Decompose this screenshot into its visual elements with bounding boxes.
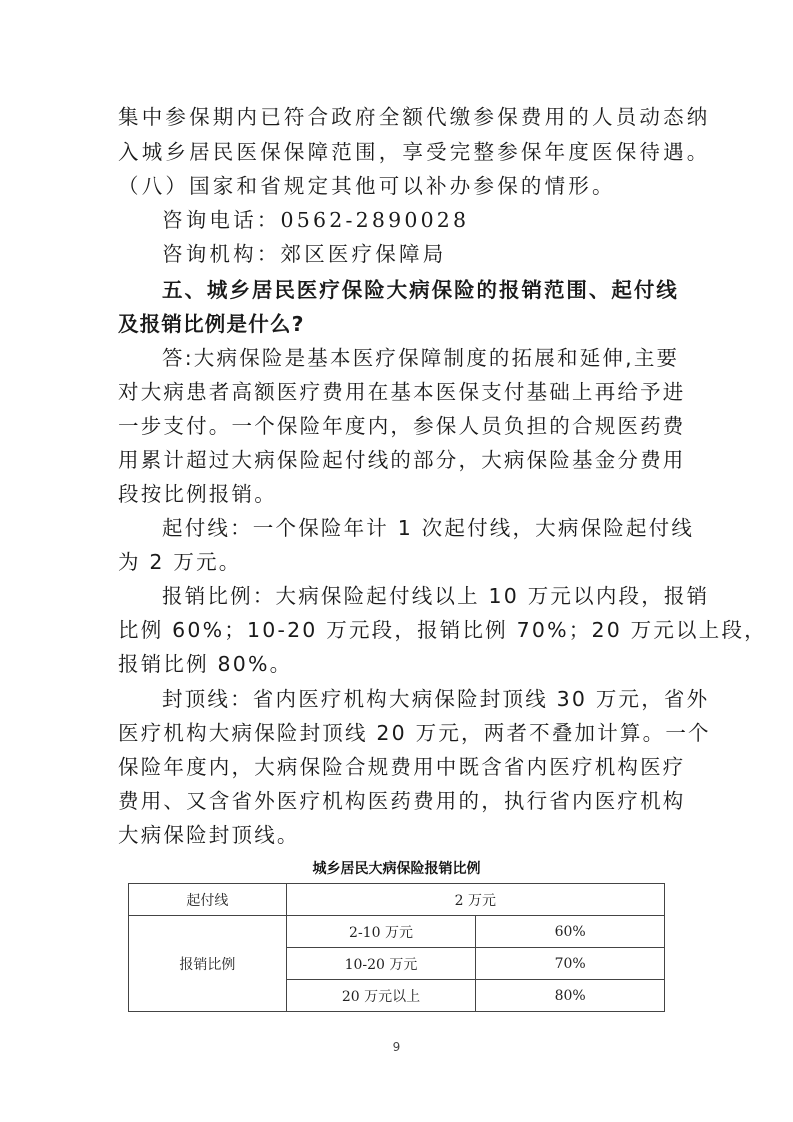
cap-line: 大病保险封顶线。 — [118, 819, 678, 852]
cap-line: 医疗机构大病保险封顶线 20 万元，两者不叠加计算。一个 — [118, 717, 678, 750]
answer-line: 用累计超过大病保险起付线的部分，大病保险基金分费用 — [118, 444, 678, 477]
paragraph-line: 入城乡居民医保保障范围，享受完整参保年度医保待遇。 — [118, 136, 678, 169]
deductible-value-cell: 2 万元 — [286, 884, 664, 916]
answer-line: 答:大病保险是基本医疗保障制度的拓展和延伸,主要 — [162, 342, 678, 375]
rate-cell: 70% — [476, 948, 665, 980]
cap-line: 费用、又含省外医疗机构医药费用的，执行省内医疗机构 — [118, 785, 678, 818]
section-heading: 五、城乡居民医疗保险大病保险的报销范围、起付线 — [162, 274, 678, 307]
rate-cell: 80% — [476, 980, 665, 1012]
deductible-line: 为 2 万元。 — [118, 546, 678, 579]
table-row: 起付线 2 万元 — [129, 884, 665, 916]
paragraph-line: 集中参保期内已符合政府全额代缴参保费用的人员动态纳 — [118, 101, 678, 134]
answer-line: 段按比例报销。 — [118, 478, 678, 511]
rate-cell: 60% — [476, 916, 665, 948]
table-caption: 城乡居民大病保险报销比例 — [128, 858, 665, 878]
range-cell: 2-10 万元 — [286, 916, 476, 948]
page-number: 9 — [0, 1040, 793, 1054]
deductible-label-cell: 起付线 — [129, 884, 287, 916]
reimbursement-line: 报销比例 80%。 — [118, 648, 678, 681]
answer-line: 对大病患者高额医疗费用在基本医保支付基础上再给予进 — [118, 376, 678, 409]
contact-phone: 咨询电话：0562-2890028 — [162, 204, 678, 237]
cap-line: 封顶线：省内医疗机构大病保险封顶线 30 万元，省外 — [162, 683, 678, 716]
ratio-label-cell: 报销比例 — [129, 916, 287, 1012]
contact-org: 咨询机构：郊区医疗保障局 — [162, 238, 678, 271]
reimbursement-line: 比例 60%；10-20 万元段，报销比例 70%；20 万元以上段， — [118, 614, 678, 647]
paragraph-line: （八）国家和省规定其他可以补办参保的情形。 — [118, 170, 678, 203]
reimbursement-table: 起付线 2 万元 报销比例 2-10 万元 60% 10-20 万元 70% 2… — [128, 883, 665, 1012]
deductible-line: 起付线：一个保险年计 1 次起付线，大病保险起付线 — [162, 512, 678, 545]
reimbursement-line: 报销比例：大病保险起付线以上 10 万元以内段，报销 — [162, 580, 678, 613]
section-heading: 及报销比例是什么? — [118, 308, 678, 341]
answer-line: 一步支付。一个保险年度内，参保人员负担的合规医药费 — [118, 410, 678, 443]
table-row: 报销比例 2-10 万元 60% — [129, 916, 665, 948]
cap-line: 保险年度内，大病保险合规费用中既含省内医疗机构医疗 — [118, 751, 678, 784]
range-cell: 20 万元以上 — [286, 980, 476, 1012]
range-cell: 10-20 万元 — [286, 948, 476, 980]
